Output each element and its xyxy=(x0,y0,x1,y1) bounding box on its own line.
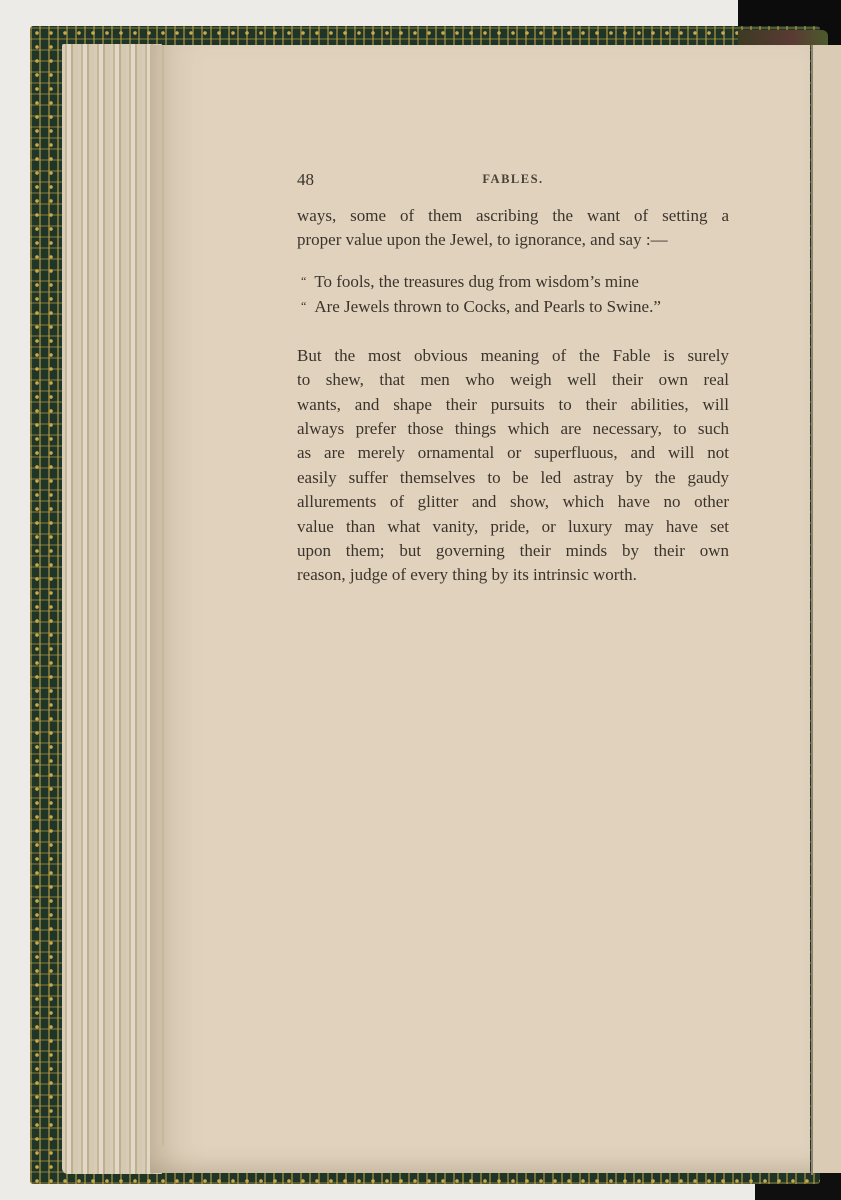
verse-text: To fools, the treasures dug from wisdom’… xyxy=(314,272,639,291)
text-line: to shew, that men who weigh well their o… xyxy=(297,368,729,392)
text-line: wants, and shape their pursuits to their… xyxy=(297,393,729,417)
water-stain xyxy=(150,45,164,1145)
text-line: easily suffer themselves to be led astra… xyxy=(297,466,729,490)
text-line: upon them; but governing their minds by … xyxy=(297,539,729,563)
running-head: 48 FABLES. xyxy=(297,170,729,194)
text-line: But the most obvious meaning of the Fabl… xyxy=(297,344,729,368)
text-line: as are merely ornamental or superfluous,… xyxy=(297,441,729,465)
running-title: FABLES. xyxy=(297,172,729,187)
text-line: allurements of glitter and show, which h… xyxy=(297,490,729,514)
wood-engraving-vignette xyxy=(345,700,695,925)
text-line: reason, judge of every thing by its intr… xyxy=(297,563,729,587)
verse-line: “Are Jewels thrown to Cocks, and Pearls … xyxy=(301,294,729,320)
verse-text: Are Jewels thrown to Cocks, and Pearls t… xyxy=(314,297,661,316)
text-line: ways, some of them ascribing the want of… xyxy=(297,204,729,228)
facing-page-edge xyxy=(813,45,841,1173)
open-quote-mark: “ xyxy=(301,274,306,288)
text-block: 48 FABLES. ways, some of them ascribing … xyxy=(297,170,729,588)
continuation-paragraph: ways, some of them ascribing the want of… xyxy=(297,204,729,253)
text-line: always prefer those things which are nec… xyxy=(297,417,729,441)
verse-quotation: “To fools, the treasures dug from wisdom… xyxy=(301,269,729,320)
engraving-image xyxy=(345,700,695,925)
moral-paragraph: But the most obvious meaning of the Fabl… xyxy=(297,344,729,588)
open-quote-mark: “ xyxy=(301,299,306,313)
text-line: value than what vanity, pride, or luxury… xyxy=(297,515,729,539)
verse-line: “To fools, the treasures dug from wisdom… xyxy=(301,269,729,295)
text-line: proper value upon the Jewel, to ignoranc… xyxy=(297,228,729,252)
page-edges-stack xyxy=(62,44,162,1174)
